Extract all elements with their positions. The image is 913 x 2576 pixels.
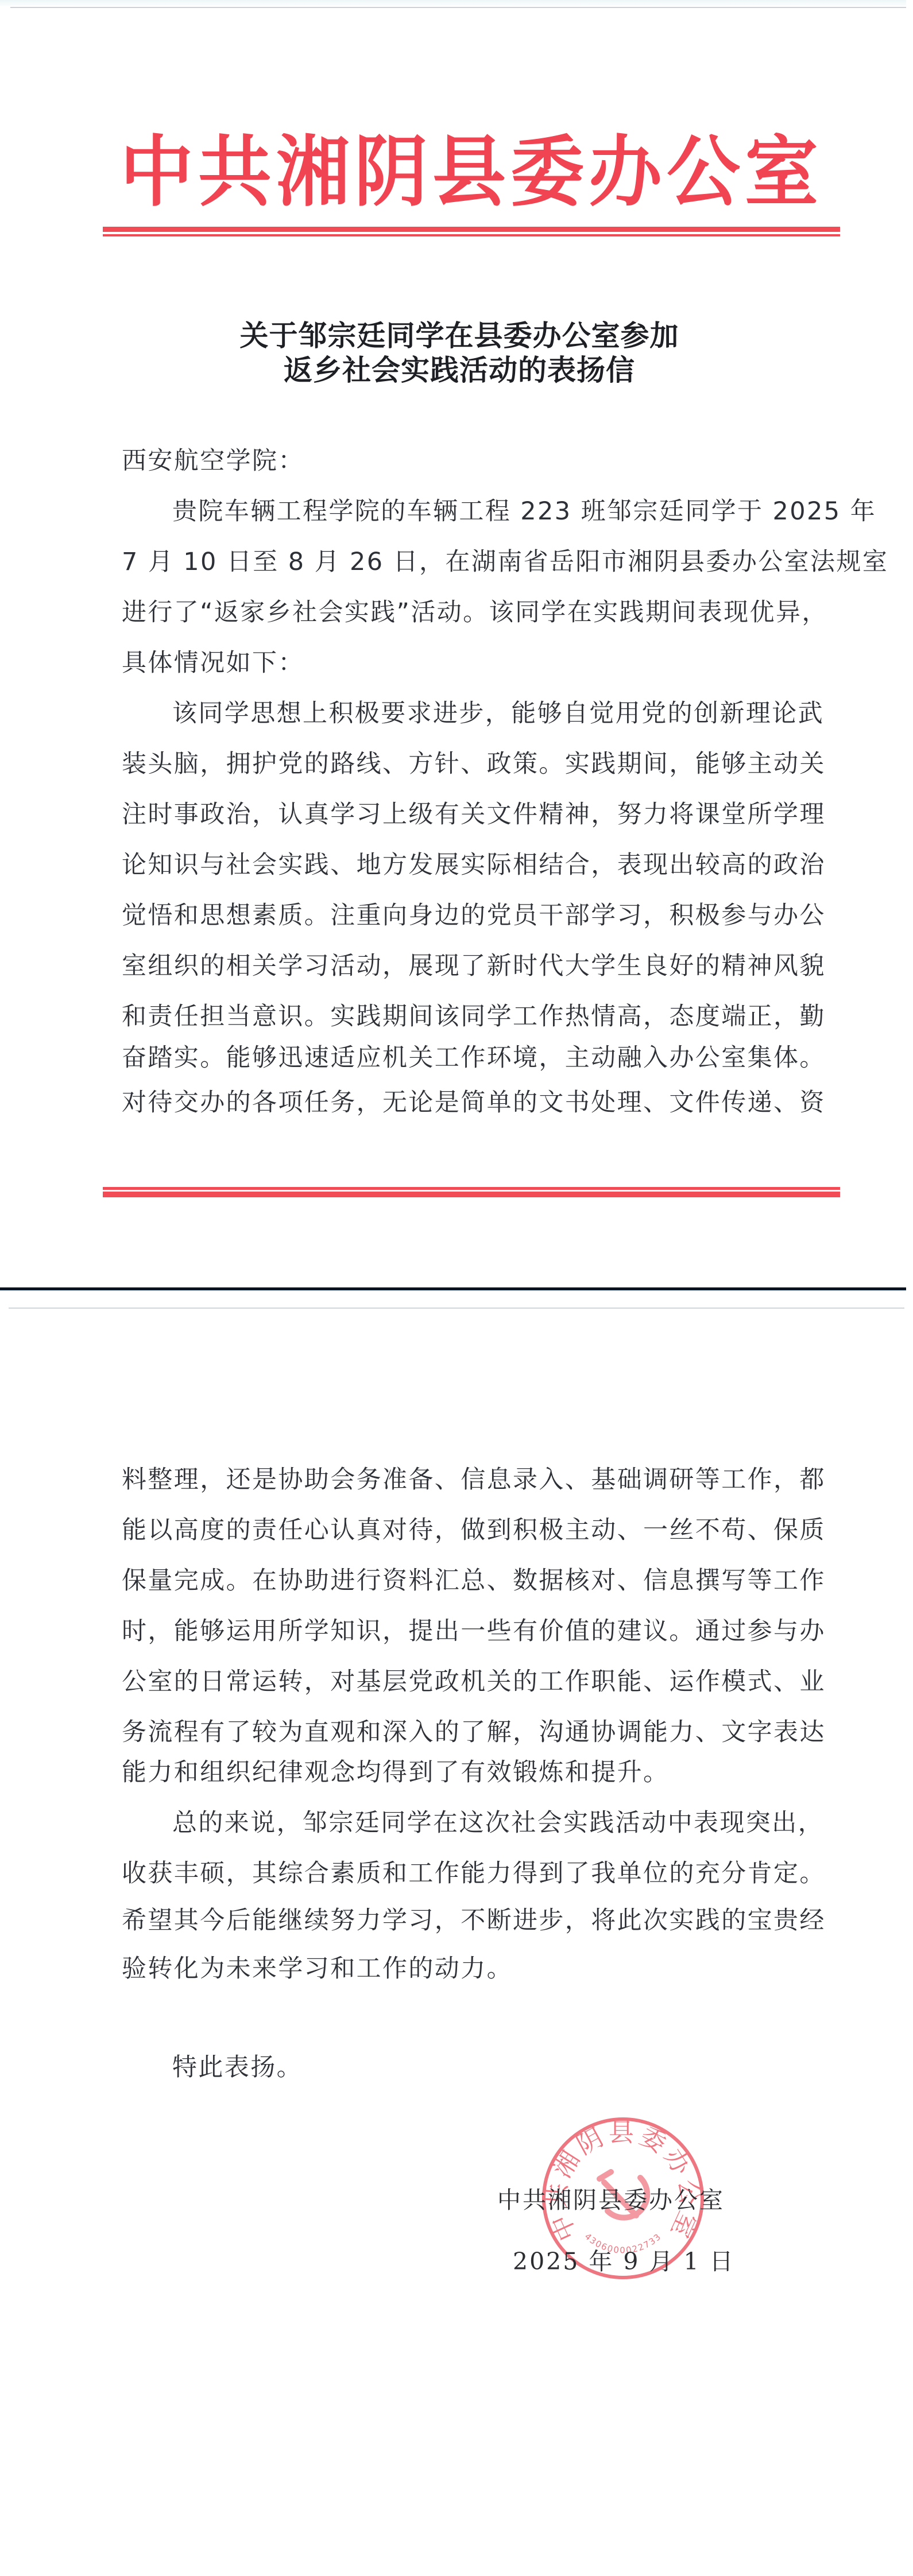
scan-edge-line-page-2 — [9, 1308, 904, 1309]
body-line: 具体情况如下： — [122, 646, 845, 680]
scan-edge-top — [0, 0, 906, 6]
body-line: 贵院车辆工程学院的车辆工程 223 班邹宗廷同学于 2025 年 — [172, 494, 896, 529]
closing-remark: 特此表扬。 — [172, 2050, 896, 2085]
body-line: 进行了“返家乡社会实践”活动。该同学在实践期间表现优异， — [122, 595, 845, 630]
letterhead-org-name: 中共湘阴县委办公室 — [103, 127, 840, 218]
body-line: 收获丰硕，其综合素质和工作能力得到了我单位的充分肯定。 — [122, 1856, 845, 1891]
body-line: 能以高度的责任心认真对待，做到积极主动、一丝不苟、保质 — [122, 1513, 845, 1547]
body-line: 7 月 10 日至 8 月 26 日，在湖南省岳阳市湘阴县委办公室法规室 — [122, 545, 845, 579]
body-line: 和责任担当意识。实践期间该同学工作热情高，态度端正，勤 — [122, 999, 845, 1034]
document-title-line-1: 关于邹宗廷同学在县委办公室参加 — [115, 319, 804, 353]
footer-rule-thick — [103, 1192, 840, 1197]
letterhead-rule-thick — [103, 227, 840, 232]
letterhead-rule-thin — [103, 234, 840, 236]
body-line: 希望其今后能继续努力学习，不断进步，将此次实践的宝贵经 — [122, 1903, 845, 1938]
body-line: 该同学思想上积极要求进步，能够自觉用党的创新理论武 — [172, 696, 896, 731]
scan-edge-line — [10, 7, 906, 8]
letter-page-1: 中共湘阴县委办公室 关于邹宗廷同学在县委办公室参加 返乡社会实践活动的表扬信 西… — [0, 0, 906, 1287]
body-line: 保量完成。在协助进行资料汇总、数据核对、信息撰写等工作 — [122, 1564, 845, 1598]
document-title-line-2: 返乡社会实践活动的表扬信 — [115, 353, 804, 387]
signature-org: 中共湘阴县委办公室 — [497, 2184, 738, 2216]
body-line: 室组织的相关学习活动，展现了新时代大学生良好的精神风貌 — [122, 949, 845, 983]
body-line: 装头脑，拥护党的路线、方针、政策。实践期间，能够主动关 — [122, 747, 845, 781]
body-line: 验转化为未来学习和工作的动力。 — [122, 1952, 845, 1986]
svg-text:中共湘阴县委办公室: 中共湘阴县委办公室 — [542, 2118, 705, 2245]
body-line: 料整理，还是协助会务准备、信息录入、基础调研等工作，都 — [122, 1462, 845, 1497]
body-line: 注时事政治，认真学习上级有关文件精神，努力将课堂所学理 — [122, 797, 845, 832]
signature-date: 2025 年 9 月 1 日 — [513, 2245, 754, 2278]
body-line: 觉悟和思想素质。注重向身边的党员干部学习，积极参与办公 — [122, 898, 845, 933]
footer-rule-thin — [103, 1187, 840, 1190]
body-line: 能力和组织纪律观念均得到了有效锻炼和提升。 — [122, 1755, 845, 1790]
body-line: 论知识与社会实践、地方发展实际相结合，表现出较高的政治 — [122, 848, 845, 882]
body-line: 公室的日常运转，对基层党政机关的工作职能、运作模式、业 — [122, 1665, 845, 1699]
body-line: 对待交办的各项任务，无论是简单的文书处理、文件传递、资 — [122, 1085, 845, 1120]
body-line: 时，能够运用所学知识，提出一些有价值的建议。通过参与办 — [122, 1614, 845, 1648]
body-line: 奋踏实。能够迅速适应机关工作环境，主动融入办公室集体。 — [122, 1041, 845, 1075]
body-line: 务流程有了较为直观和深入的了解，沟通协调能力、文字表达 — [122, 1715, 845, 1749]
body-line: 总的来说，邹宗廷同学在这次社会实践活动中表现突出， — [172, 1806, 896, 1840]
salutation: 西安航空学院： — [122, 444, 845, 478]
